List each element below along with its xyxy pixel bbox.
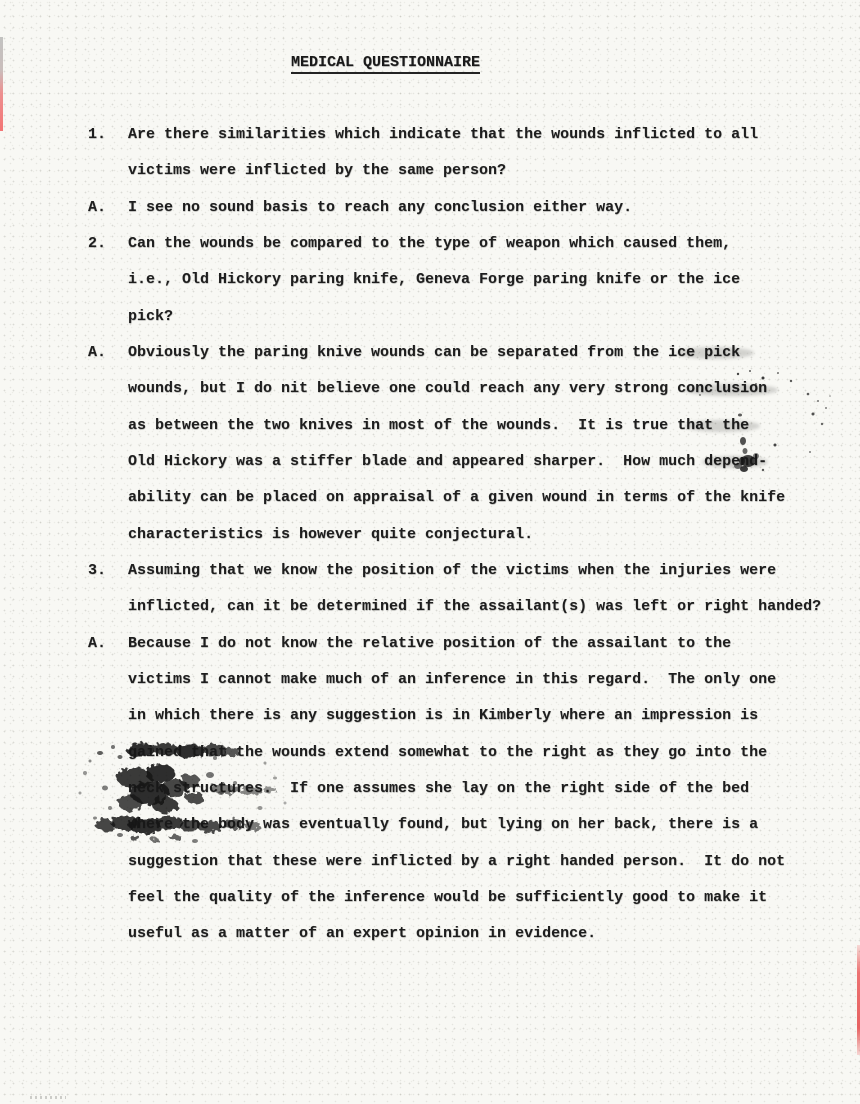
qa-item: A.Obviously the paring knive wounds can … <box>88 335 848 553</box>
qa-line: useful as a matter of an expert opinion … <box>128 916 848 952</box>
qa-line: Obviously the paring knive wounds can be… <box>128 335 848 371</box>
qa-item: 3.Assuming that we know the position of … <box>88 553 848 626</box>
qa-item-label: 2. <box>88 226 106 262</box>
qa-line: feel the quality of the inference would … <box>128 880 848 916</box>
qa-line: characteristics is however quite conject… <box>128 517 848 553</box>
qa-list: 1.Are there similarities which indicate … <box>88 117 848 953</box>
qa-item-label: 3. <box>88 553 106 589</box>
qa-line: gained that the wounds extend somewhat t… <box>128 735 848 771</box>
qa-item: A.I see no sound basis to reach any conc… <box>88 190 848 226</box>
qa-item: 1.Are there similarities which indicate … <box>88 117 848 190</box>
qa-line: Are there similarities which indicate th… <box>128 117 848 153</box>
qa-line: where the body was eventually found, but… <box>128 807 848 843</box>
scan-artifact-bottom-mark <box>30 1096 66 1099</box>
qa-line: neck structures. If one assumes she lay … <box>128 771 848 807</box>
qa-item-label: A. <box>88 190 106 226</box>
qa-line: Assuming that we know the position of th… <box>128 553 848 589</box>
qa-line: victims were inflicted by the same perso… <box>128 153 848 189</box>
qa-line: suggestion that these were inflicted by … <box>128 844 848 880</box>
scan-artifact-left-edge <box>0 37 3 131</box>
qa-line: wounds, but I do nit believe one could r… <box>128 371 848 407</box>
qa-item: A.Because I do not know the relative pos… <box>88 626 848 953</box>
qa-line: inflicted, can it be determined if the a… <box>128 589 848 625</box>
document-title: MEDICAL QUESTIONNAIRE <box>291 54 480 74</box>
qa-line: I see no sound basis to reach any conclu… <box>128 190 848 226</box>
qa-line: in which there is any suggestion is in K… <box>128 698 848 734</box>
qa-item-label: A. <box>88 626 106 662</box>
qa-line: ability can be placed on appraisal of a … <box>128 480 848 516</box>
qa-item-label: 1. <box>88 117 106 153</box>
qa-line: as between the two knives in most of the… <box>128 408 848 444</box>
qa-item: 2.Can the wounds be compared to the type… <box>88 226 848 335</box>
document-page: MEDICAL QUESTIONNAIRE 1.Are there simila… <box>0 0 860 1104</box>
qa-line: Because I do not know the relative posit… <box>128 626 848 662</box>
qa-item-label: A. <box>88 335 106 371</box>
qa-line: victims I cannot make much of an inferen… <box>128 662 848 698</box>
qa-line: i.e., Old Hickory paring knife, Geneva F… <box>128 262 848 298</box>
qa-line: Can the wounds be compared to the type o… <box>128 226 848 262</box>
qa-line: pick? <box>128 299 848 335</box>
qa-line: Old Hickory was a stiffer blade and appe… <box>128 444 848 480</box>
